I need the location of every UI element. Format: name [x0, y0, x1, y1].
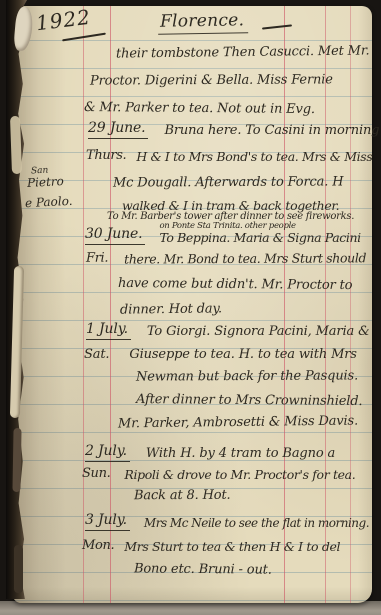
year-flourish [62, 33, 106, 42]
diary-line: Fri. there. Mr. Bond to tea. Mrs Sturt s… [86, 249, 366, 266]
line-text: & Mr. Parker to tea. Not out in Evg. [84, 100, 315, 118]
diary-line: Mc Dougall. Afterwards to Forca. H [113, 174, 343, 191]
line-text: After dinner to Mrs Crowninshield. [136, 392, 363, 410]
entry-date: 29 June. [88, 120, 148, 139]
day-label: Sun. [82, 466, 110, 482]
diary-line: 30 June. on Ponte Sta Trinita. other peo… [85, 222, 361, 245]
line-text: their tombstone Then Casucci. Met Mr. [116, 43, 370, 62]
line-text: Newman but back for the Pasquis. [136, 368, 358, 385]
diary-line: 1 July. To Giorgi. Signora Pacini, Maria… [86, 321, 370, 340]
line-text: H & I to Mrs Bond's to tea. Mrs & Miss [136, 149, 372, 164]
line-stack: on Ponte Sta Trinita. other people To Be… [159, 222, 360, 245]
diary-line: 29 June. Bruna here. To Casini in mornin… [88, 120, 379, 139]
diary-line: their tombstone Then Casucci. Met Mr. [116, 43, 370, 62]
entry-date: 2 July. [85, 443, 130, 462]
margin-note: e Paolo. [25, 194, 73, 210]
entry-date: 3 July. [85, 512, 130, 531]
diary-line: After dinner to Mrs Crowninshield. [136, 392, 363, 410]
diary-line: Sat. Giuseppe to tea. H. to tea with Mrs [84, 347, 357, 363]
line-text: Mrs Mc Neile to see the flat in morning. [144, 516, 369, 530]
line-text: To Giorgi. Signora Pacini, Maria & [147, 324, 370, 340]
diary-line: Mr. Parker, Ambrosetti & Miss Davis. [118, 414, 358, 433]
line-text: Ripoli & drove to Mr. Proctor's for tea. [124, 467, 355, 482]
diary-line: Mon. Mrs Sturt to tea & then H & I to de… [82, 538, 340, 554]
page-title: Florence. [158, 10, 249, 35]
diary-scan: 1922 Florence. San Pietro e Paolo. their… [0, 0, 381, 615]
diary-line: 3 July. Mrs Mc Neile to see the flat in … [85, 512, 369, 531]
line-text: there. Mr. Bond to tea. Mrs Sturt should [124, 250, 366, 266]
line-text: To Beppina. Maria & Signa Pacini [159, 230, 360, 245]
day-label: Fri. [86, 251, 108, 267]
diary-line: Proctor. Digerini & Bella. Miss Fernie [90, 72, 333, 89]
year-heading: 1922 [35, 5, 92, 36]
line-text: Bruna here. To Casini in morning [164, 123, 379, 139]
diary-line: Back at 8. Hot. [134, 488, 231, 504]
line-text: Back at 8. Hot. [134, 488, 231, 504]
torn-paper-fragment [14, 545, 23, 593]
day-label: Thurs. [86, 148, 126, 164]
diary-line: dinner. Hot day. [120, 301, 222, 318]
line-text: Proctor. Digerini & Bella. Miss Fernie [90, 72, 333, 89]
diary-line: 2 July. With H. by 4 tram to Bagno a [85, 443, 335, 462]
day-label: Mon. [82, 538, 114, 554]
line-text: Mrs Sturt to tea & then H & I to del [124, 539, 340, 554]
line-text: With H. by 4 tram to Bagno a [146, 446, 335, 462]
entry-date: 1 July. [86, 321, 131, 340]
diary-line: Bono etc. Bruni - out. [134, 561, 272, 578]
diary-line: Thurs. H & I to Mrs Bond's to tea. Mrs &… [86, 148, 372, 164]
margin-note: Pietro [27, 174, 64, 190]
handwriting-layer: 1922 Florence. San Pietro e Paolo. their… [0, 0, 381, 615]
day-label: Sat. [84, 347, 109, 363]
line-text: Giuseppe to tea. H. to tea with Mrs [129, 347, 356, 363]
torn-paper-fragment [12, 428, 21, 492]
diary-line: Sun. Ripoli & drove to Mr. Proctor's for… [82, 466, 355, 482]
diary-line: & Mr. Parker to tea. Not out in Evg. [84, 100, 315, 118]
line-text: Bono etc. Bruni - out. [134, 561, 272, 578]
diary-line: have come but didn't. Mr. Proctor to [118, 276, 352, 294]
title-flourish [262, 24, 292, 29]
torn-paper-fragment [10, 116, 22, 174]
line-text: Mc Dougall. Afterwards to Forca. H [113, 174, 343, 191]
diary-line: Newman but back for the Pasquis. [136, 368, 358, 385]
line-text: have come but didn't. Mr. Proctor to [118, 276, 352, 294]
line-text: Mr. Parker, Ambrosetti & Miss Davis. [118, 414, 358, 433]
line-text: dinner. Hot day. [120, 301, 222, 318]
entry-date: 30 June. [85, 226, 145, 245]
